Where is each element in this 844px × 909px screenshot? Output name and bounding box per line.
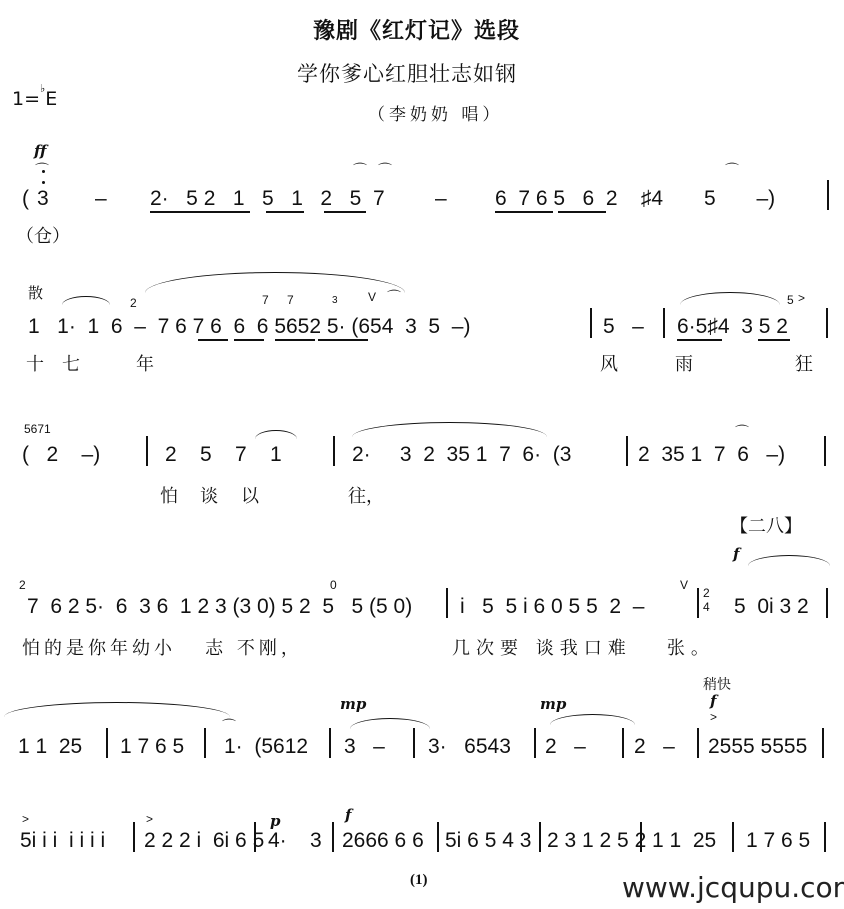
fermata-icon: ⌒ xyxy=(353,160,367,180)
barline xyxy=(697,728,699,758)
fermata-icon: ⌒ xyxy=(222,716,236,736)
watermark: www.jcqupu.com xyxy=(622,871,844,904)
grace-note: 0 xyxy=(330,578,337,592)
barline xyxy=(329,728,331,758)
barline xyxy=(663,308,665,338)
grace-note: 7 xyxy=(287,293,294,307)
barline xyxy=(626,436,628,466)
note: 2 – xyxy=(545,736,586,757)
fermata-icon: ⌒ xyxy=(735,422,749,442)
grace-note: 5671 xyxy=(24,422,51,436)
barline xyxy=(204,728,206,758)
note: 6·5♯4 3 5 2 xyxy=(677,316,788,337)
barline xyxy=(827,180,829,210)
lyric: 以 xyxy=(241,482,259,508)
lyric: 往， xyxy=(348,482,384,508)
accent-mark: > xyxy=(710,710,717,724)
barline xyxy=(590,308,592,338)
note: 1 7 6 5 xyxy=(746,830,810,851)
percussion-label: （仓） xyxy=(16,222,70,248)
barline xyxy=(622,728,624,758)
tempo-san: 散 xyxy=(28,282,43,303)
dynamic-ff: ff xyxy=(34,142,46,160)
flat-sign: ♭ xyxy=(40,82,45,95)
slur xyxy=(680,292,780,305)
score-title: 豫剧《红灯记》选段 xyxy=(313,14,520,45)
underline xyxy=(275,339,315,341)
lyric: 七 xyxy=(62,350,80,376)
dynamic-f: f xyxy=(345,806,351,824)
lyric: 十 xyxy=(26,350,44,376)
note: 3· 6543 xyxy=(428,736,511,757)
note: 2 – xyxy=(634,736,675,757)
barline xyxy=(732,822,734,852)
barline xyxy=(133,822,135,852)
fermata-icon: ⌒ xyxy=(387,287,401,307)
note: 2· 3 2 35 1 7 6· (3 xyxy=(352,444,571,465)
slur xyxy=(4,702,230,717)
barline xyxy=(333,436,335,466)
underline xyxy=(495,211,553,213)
accent-mark: > xyxy=(22,812,29,826)
dynamic-mp: mp xyxy=(540,695,566,713)
note: 5i i i i i i i xyxy=(20,830,105,851)
dash: – xyxy=(435,188,447,209)
fermata-icon: ⌒ xyxy=(378,160,392,180)
note: 2 35 1 7 6 –) xyxy=(638,444,785,465)
note: 5 0i 3 2 xyxy=(734,596,809,617)
dynamic-p: p xyxy=(270,812,281,830)
singer-credit: （李奶奶 唱） xyxy=(368,100,503,125)
note: 6 7 6 5 6 2 ♯4 5 –) xyxy=(495,188,775,209)
key-label: 1= xyxy=(12,88,40,110)
slur xyxy=(350,718,430,729)
barline xyxy=(822,728,824,758)
barline xyxy=(446,588,448,618)
lyric: 风 xyxy=(600,350,618,376)
grace-note: 2 xyxy=(130,296,137,310)
barline xyxy=(146,436,148,466)
page-number: (1) xyxy=(410,872,428,889)
high-dot xyxy=(42,181,45,184)
note: 3 xyxy=(37,188,49,209)
barline xyxy=(534,728,536,758)
barline xyxy=(826,308,828,338)
note: 1 7 6 5 xyxy=(120,736,184,757)
barline xyxy=(539,822,541,852)
key-note: E xyxy=(45,88,57,110)
time-signature: 24 xyxy=(703,586,710,614)
accent-mark: > xyxy=(146,812,153,826)
note: 4· 3 xyxy=(268,830,322,851)
dynamic-mp: mp xyxy=(340,695,366,713)
barline xyxy=(826,588,828,618)
slur xyxy=(352,422,547,437)
underline xyxy=(324,211,366,213)
slur xyxy=(62,296,110,305)
note: 3 – xyxy=(344,736,385,757)
note: 2555 5555 xyxy=(708,736,807,757)
barline xyxy=(697,588,699,618)
note: 2 5 7 1 xyxy=(165,444,282,465)
slur xyxy=(255,430,297,439)
note: 2666 6 6 xyxy=(342,830,424,851)
underline xyxy=(150,211,250,213)
barline xyxy=(640,822,642,852)
barline xyxy=(106,728,108,758)
section-erba: 【二八】 xyxy=(730,512,802,538)
note: 1 1 25 xyxy=(18,736,82,757)
barline xyxy=(413,728,415,758)
note: 1 1· 1 6 – 7 6 7 6 6 6 5652 5· (654 3 5 … xyxy=(28,316,470,337)
dash: – xyxy=(95,188,107,209)
lyric: 狂 xyxy=(795,350,813,376)
note: ( xyxy=(22,188,29,209)
grace-note: 5 xyxy=(787,293,794,307)
underline xyxy=(318,339,368,341)
slur xyxy=(550,714,635,725)
breath-mark: V xyxy=(680,578,688,592)
score-subtitle: 学你爹心红胆壮志如钢 xyxy=(297,58,517,88)
lyric-line: 几次要 谈我口难 张。 xyxy=(452,634,715,660)
slur xyxy=(748,555,830,566)
note: 2 2 2 i 6i 6 5 xyxy=(144,830,264,851)
key-signature: 1=♭E xyxy=(12,88,57,110)
barline xyxy=(332,822,334,852)
accent-mark: > xyxy=(798,291,805,305)
underline xyxy=(234,339,264,341)
triplet-mark: 3 xyxy=(332,295,338,306)
lyric-line: 怕的是你年幼小 志 不刚， xyxy=(22,634,303,660)
barline xyxy=(254,822,256,852)
note: i 5 5 i 6 0 5 5 2 – xyxy=(460,596,644,617)
lyric: 雨 xyxy=(675,350,693,376)
note: 2 3 1 2 5 2 xyxy=(547,830,646,851)
grace-note: 2 xyxy=(19,578,26,592)
note: ( 2 –) xyxy=(22,444,100,465)
lyric: 年 xyxy=(136,350,154,376)
lyric: 谈 xyxy=(200,482,218,508)
barline xyxy=(824,822,826,852)
dynamic-f: f xyxy=(733,545,739,563)
underline xyxy=(677,339,722,341)
grace-note: 7 xyxy=(262,293,269,307)
fermata-dot xyxy=(42,170,45,173)
underline xyxy=(266,211,304,213)
note: 5i 6 5 4 3 xyxy=(445,830,531,851)
note: 2· 5 2 1 5 1 2 5 7 xyxy=(150,188,385,209)
underline xyxy=(758,339,790,341)
underline xyxy=(198,339,228,341)
fermata-icon: ⌒ xyxy=(725,160,739,180)
lyric: 怕 xyxy=(160,482,178,508)
note: 1· (5612 xyxy=(224,736,308,757)
note: 1 1 25 xyxy=(652,830,716,851)
barline xyxy=(437,822,439,852)
note: 5 – xyxy=(603,316,644,337)
tempo-shaokuai: 稍快 xyxy=(703,674,731,694)
breath-mark: V xyxy=(368,290,376,304)
barline xyxy=(824,436,826,466)
note: 7 6 2 5· 6 3 6 1 2 3 (3 0) 5 2 5 5 (5 0) xyxy=(27,596,412,617)
slur xyxy=(145,272,405,293)
dynamic-f: f xyxy=(710,692,716,710)
underline xyxy=(558,211,606,213)
